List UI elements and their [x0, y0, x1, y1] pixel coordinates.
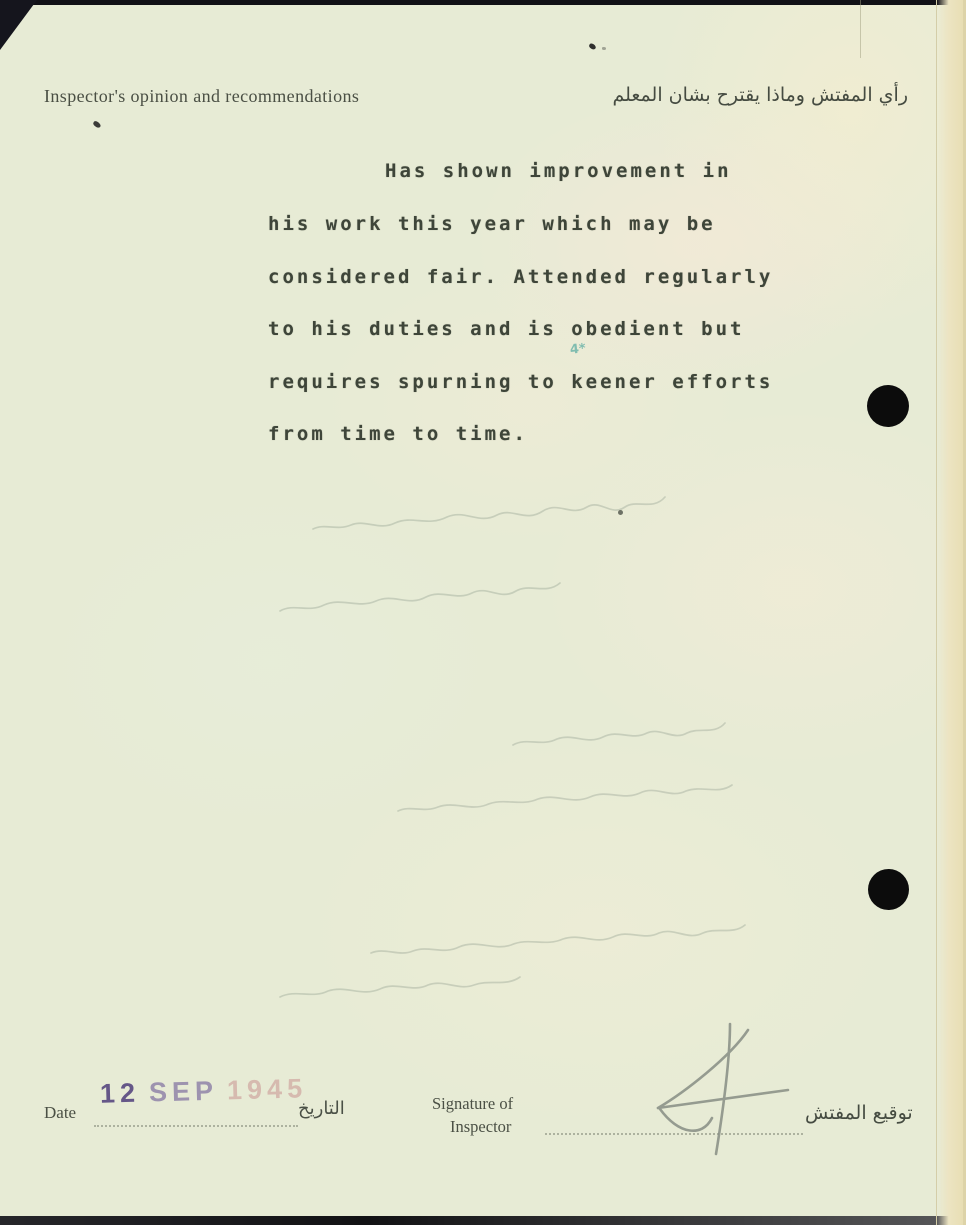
scan-corner-wedge — [0, 0, 37, 50]
blue-pencil-annotation: 4* — [569, 341, 586, 358]
signature-label-line1: Signature of — [432, 1092, 513, 1115]
opinion-text-line: to his duties and is obedient but — [268, 318, 745, 340]
opinion-text-line: from time to time. — [268, 423, 528, 445]
scanned-inspection-form: Inspector's opinion and recommendations … — [0, 0, 966, 1225]
opinion-text-line: requires spurning to keener efforts — [268, 371, 773, 393]
pencil-dot — [618, 510, 623, 515]
stamp-year: 1945 — [227, 1073, 308, 1105]
ink-speck — [588, 43, 597, 51]
signature-label-arabic: توقيع المفتش — [805, 1102, 913, 1124]
hole-punch — [868, 869, 909, 910]
scan-edge-bottom — [0, 1216, 966, 1225]
section-heading-english: Inspector's opinion and recommendations — [44, 86, 359, 107]
ink-speck — [92, 120, 101, 128]
faint-pencil-handwriting — [180, 455, 800, 1035]
hole-punch — [867, 385, 909, 427]
scan-edge-top — [0, 0, 966, 5]
ink-speck — [602, 47, 606, 50]
date-label: Date — [44, 1103, 76, 1123]
paper-edge-right — [936, 0, 966, 1225]
opinion-text-line: considered fair. Attended regularly — [268, 266, 773, 288]
signature-label-line2: Inspector — [432, 1115, 513, 1138]
inspector-signature — [630, 1022, 800, 1157]
date-label-arabic: التاريخ — [298, 1098, 345, 1119]
paper-crease — [860, 0, 861, 58]
stamp-day: 12 — [100, 1078, 141, 1109]
opinion-text-line: Has shown improvement in — [385, 160, 732, 182]
section-heading-arabic: رأي المفتش وماذا يقترح بشان المعلم — [612, 84, 908, 106]
date-stamp: 12SEP1945 — [100, 1073, 308, 1109]
signature-label: Signature of Inspector — [432, 1092, 513, 1138]
opinion-text-line: his work this year which may be — [268, 213, 716, 235]
stamp-month: SEP — [149, 1076, 219, 1108]
